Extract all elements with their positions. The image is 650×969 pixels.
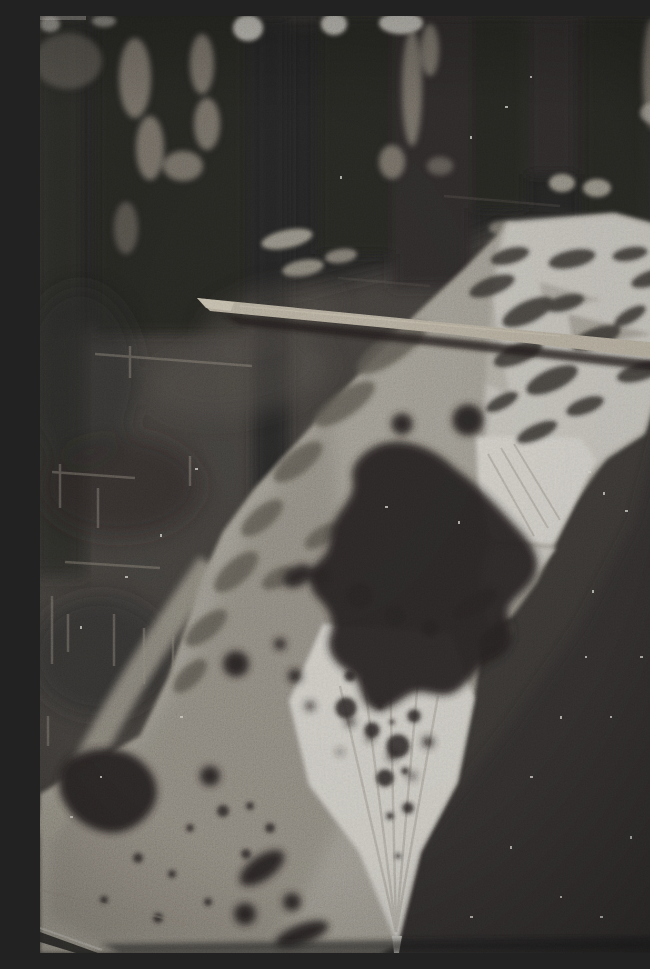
film-grain-coarse [40, 16, 650, 953]
photo-canvas [40, 16, 650, 953]
archival-photo: A bloodstained flag spread out on dark p… [40, 16, 650, 953]
